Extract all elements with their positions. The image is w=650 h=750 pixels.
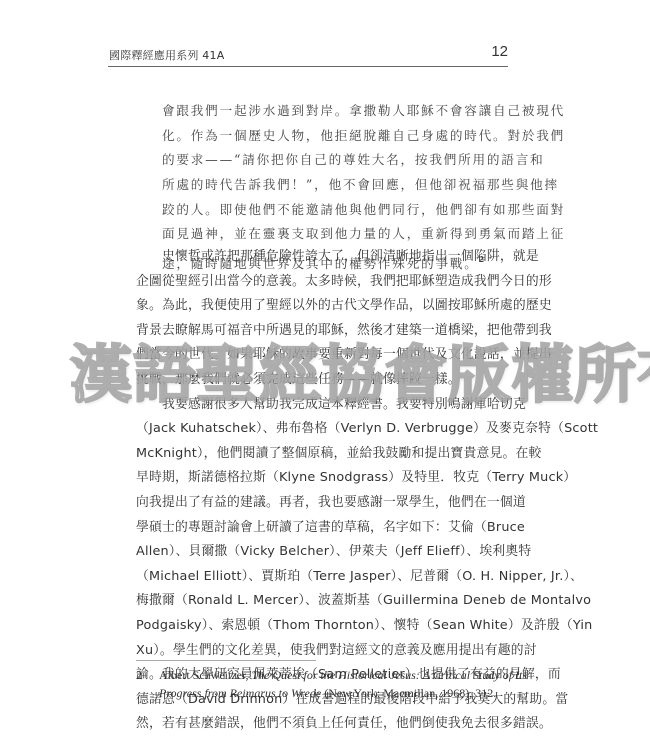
body-line: 我要感謝很多人幫助我完成這本釋經書。我要特別鳴謝庫哈切克 [136,393,521,418]
body-line: Podgaisky）、索恩頓（Thom Thornton）、懷特（Sean Wh… [136,614,521,639]
quote-line: 會跟我們一起涉水過到對岸。拿撒勒人耶穌不會容讓自己被現代 [162,99,492,124]
body-line: McKnight），他們閱讀了整個原稿，並給我鼓勵和提出寶貴意見。在較 [136,442,521,467]
footnote-author: Albert Schweitzer, [159,668,251,682]
footnote-number: 2 [136,667,142,685]
quote-line: 面見過神，並在靈裏支取到他力量的人，重新得到勇氣而踏上征 [162,222,492,247]
footnote-title-part2: Progress from Reimarus to Wrede [159,686,321,700]
body-line: 學碩士的專題討論會上研讀了這書的草稿，名字如下：艾倫（Bruce [136,516,521,541]
body-line: 象。為此，我便使用了聖經以外的古代文學作品，以圖按耶穌所處的歷史 [136,294,521,319]
series-title: 國際釋經應用系列 41A [109,47,224,63]
page-number: 12 [491,43,508,60]
body-line: 早時期，斯諾德格拉斯（Klyne Snodgrass）及特里．牧克（Terry … [136,466,521,491]
body-line: 們當今的世代。如果耶穌的故事要重新對每一個世代及文化說話，並提出 [136,343,521,368]
footnote-line-2: Progress from Reimarus to Wrede (New Yor… [159,685,527,703]
body-line: 然，若有甚麼錯誤，他們不須負上任何責任，他們倒使我免去很多錯誤。 [136,712,521,737]
footnote-line-1: Albert Schweitzer, The Quest for the His… [159,667,527,685]
quote-line: 所處的時代告訴我們！”，他不會回應，但他卻祝福那些與他摔 [162,173,492,198]
body-text: 史懷哲或許把那種危險性誇大了，但卻清晰地指出一個陷阱，就是 企圖從聖經引出當今的… [136,245,521,737]
body-line: （Jack Kuhatschek）、弗布魯格（Verlyn D. Verbrug… [136,417,521,442]
body-line: 背景去瞭解馬可福音中所遇見的耶穌，然後才建築一道橋梁，把他帶到我 [136,319,521,344]
body-line: 史懷哲或許把那種危險性誇大了，但卻清晰地指出一個陷阱，就是 [136,245,521,270]
body-line: 梅撒爾（Ronald L. Mercer）、波蓋斯基（Guillermina D… [136,589,521,614]
body-line: 挑戰，那麼我們就必須完成這些任務——就像摔跤一樣。 [136,368,521,393]
footnote-publication: (New York: Macmillan, 1968), 312. [321,686,496,700]
footnote-citation: Albert Schweitzer, The Quest for the His… [159,667,527,702]
body-line: 企圖從聖經引出當今的意義。太多時候，我們把耶穌塑造成我們今日的形 [136,270,521,295]
body-line: Allen）、貝爾撒（Vicky Belcher）、伊萊夫（Jeff Elief… [136,540,521,565]
footnote-separator [136,660,316,661]
quote-line: 的要求——“請你把你自己的尊姓大名，按我們所用的語言和 [162,148,492,173]
footnote-title-part1: The Quest for the Historical Jesus: A Cr… [251,668,527,682]
quote-line: 化。作為一個歷史人物，他拒絕脫離自己身處的時代。對於我們 [162,124,492,149]
quote-line: 跤的人。即使他們不能邀請他與他們同行，他們卻有如那些面對 [162,198,492,223]
body-line: 向我提出了有益的建議。再者，我也要感謝一眾學生，他們在一個道 [136,491,521,516]
running-header: 國際釋經應用系列 41A 12 [108,42,508,67]
body-line: （Michael Elliott）、賈斯珀（Terre Jasper）、尼普爾（… [136,565,521,590]
